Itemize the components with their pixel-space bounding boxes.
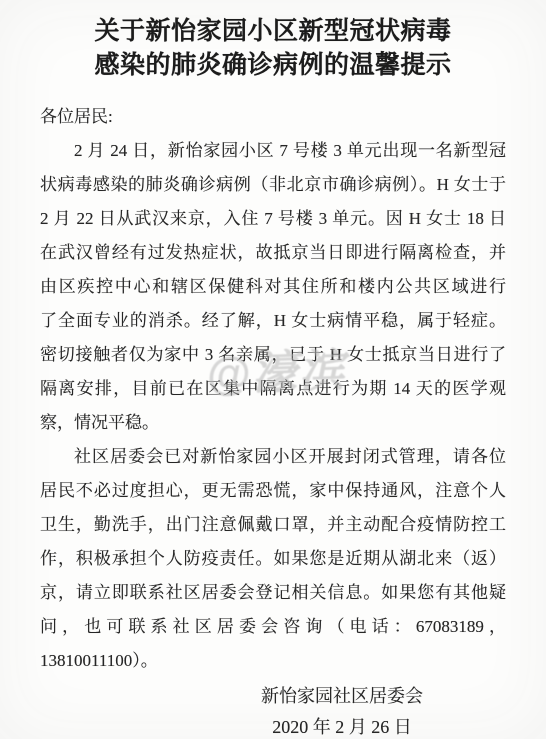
paragraph2-line: 京，请立即联系社区居委会登记相关信息。如果您有其他疑 — [40, 576, 506, 610]
notice-title-line-1: 关于新怡家园小区新型冠状病毒 — [0, 15, 546, 49]
paragraph2-line: 卫生，勤洗手，出门注意佩戴口罩，并主动配合疫情防控工 — [40, 508, 506, 542]
paragraph2-line: 居民不必过度担心，更无需恐慌，家中保持通风，注意个人 — [40, 474, 506, 508]
signature-org: 新怡家园社区居委会 — [254, 681, 430, 712]
paragraph1-line: 2 月 24 日，新怡家园小区 7 号楼 3 单元出现一名新型冠 — [40, 134, 506, 168]
notice-title-line-2: 感染的肺炎确诊病例的温馨提示 — [0, 49, 546, 83]
paragraph1-line: 隔离安排，目前已在区集中隔离点进行为期 14 天的医学观 — [40, 372, 506, 406]
paragraph2-line: 社区居委会已对新怡家园小区开展封闭式管理，请各位 — [40, 440, 506, 474]
paragraph2-line: 13810011100）。 — [40, 644, 506, 678]
salutation: 各位居民: — [40, 100, 506, 134]
notice-title: 关于新怡家园小区新型冠状病毒 感染的肺炎确诊病例的温馨提示 — [0, 0, 546, 83]
paragraph1-line: 由区疾控中心和辖区保健科对其住所和楼内公共区域进行 — [40, 270, 506, 304]
signature-date: 2020 年 2 月 26 日 — [254, 712, 430, 739]
signature-block: 新怡家园社区居委会 2020 年 2 月 26 日 — [254, 681, 430, 739]
notice-body: 各位居民: 2 月 24 日，新怡家园小区 7 号楼 3 单元出现一名新型冠 状… — [40, 100, 506, 678]
scanned-notice-page: @濠滨 关于新怡家园小区新型冠状病毒 感染的肺炎确诊病例的温馨提示 各位居民: … — [0, 0, 546, 739]
paragraph1-line: 密切接触者仅为家中 3 名亲属，已于 H 女士抵京当日进行了 — [40, 338, 506, 372]
paragraph1-line: 2 月 22 日从武汉来京，入住 7 号楼 3 单元。因 H 女士 18 日 — [40, 202, 506, 236]
paragraph1-line: 状病毒感染的肺炎确诊病例（非北京市确诊病例）。H 女士于 — [40, 168, 506, 202]
paragraph2-line: 作，积极承担个人防疫责任。如果您是近期从湖北来（返） — [40, 542, 506, 576]
paragraph2-line: 问，也可联系社区居委会咨询（电话：67083189， — [40, 610, 506, 644]
paragraph1-line: 了全面专业的消杀。经了解，H 女士病情平稳，属于轻症。 — [40, 304, 506, 338]
paragraph1-line: 察，情况平稳。 — [40, 406, 506, 440]
paragraph1-line: 在武汉曾经有过发热症状，故抵京当日即进行隔离检查，并 — [40, 236, 506, 270]
